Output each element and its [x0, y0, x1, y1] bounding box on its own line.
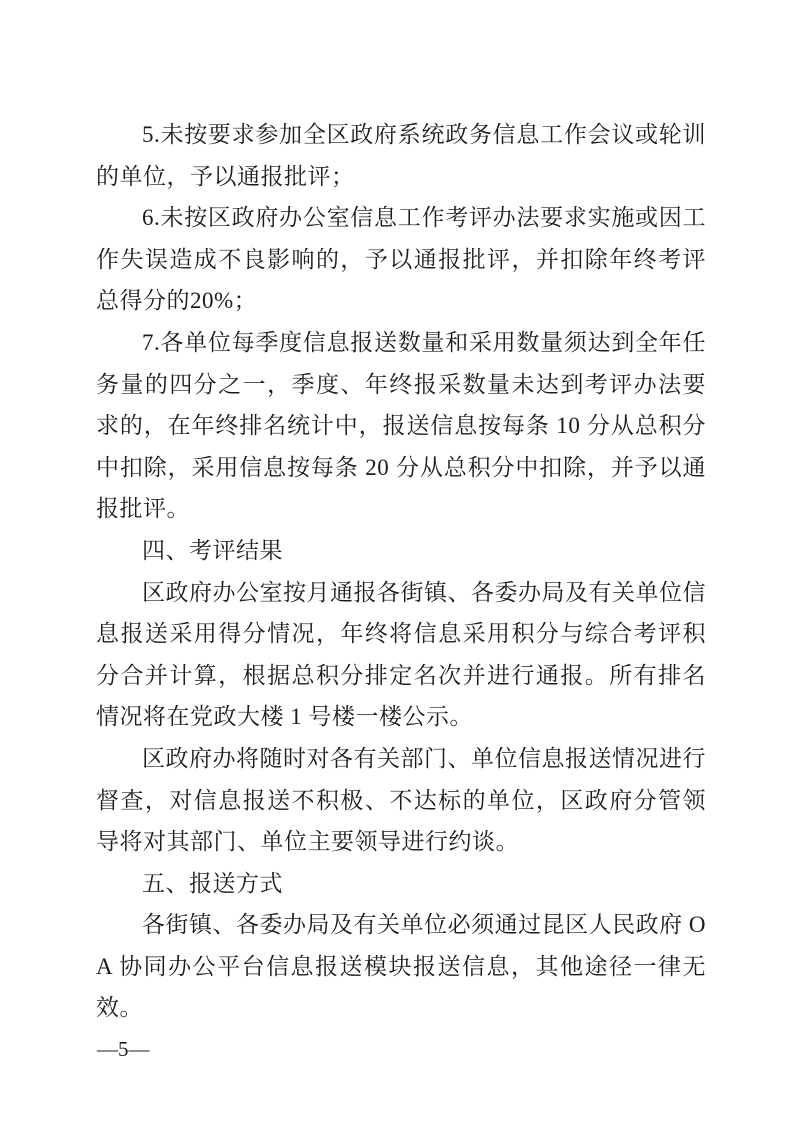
paragraph-item-7: 7.各单位每季度信息报送数量和采用数量须达到全年任务量的四分之一，季度、年终报采… — [96, 322, 706, 530]
document-page: 5.未按要求参加全区政府系统政务信息工作会议或轮训的单位，予以通报批评； 6.未… — [0, 0, 793, 1122]
paragraph-section5-1: 各街镇、各委办局及有关单位必须通过昆区人民政府 OA 协同办公平台信息报送模块报… — [96, 904, 706, 1029]
paragraph-item-5: 5.未按要求参加全区政府系统政务信息工作会议或轮训的单位，予以通报批评； — [96, 114, 706, 197]
page-footer: —5— — [97, 1037, 150, 1061]
document-body: 5.未按要求参加全区政府系统政务信息工作会议或轮训的单位，予以通报批评； 6.未… — [96, 114, 706, 1029]
section-heading-5: 五、报送方式 — [96, 863, 706, 905]
section-heading-4: 四、考评结果 — [96, 530, 706, 572]
paragraph-section4-1: 区政府办公室按月通报各街镇、各委办局及有关单位信息报送采用得分情况，年终将信息采… — [96, 572, 706, 738]
paragraph-item-6: 6.未按区政府办公室信息工作考评办法要求实施或因工作失误造成不良影响的，予以通报… — [96, 197, 706, 322]
paragraph-section4-2: 区政府办将随时对各有关部门、单位信息报送情况进行督查，对信息报送不积极、不达标的… — [96, 738, 706, 863]
page-number: —5— — [97, 1037, 150, 1061]
